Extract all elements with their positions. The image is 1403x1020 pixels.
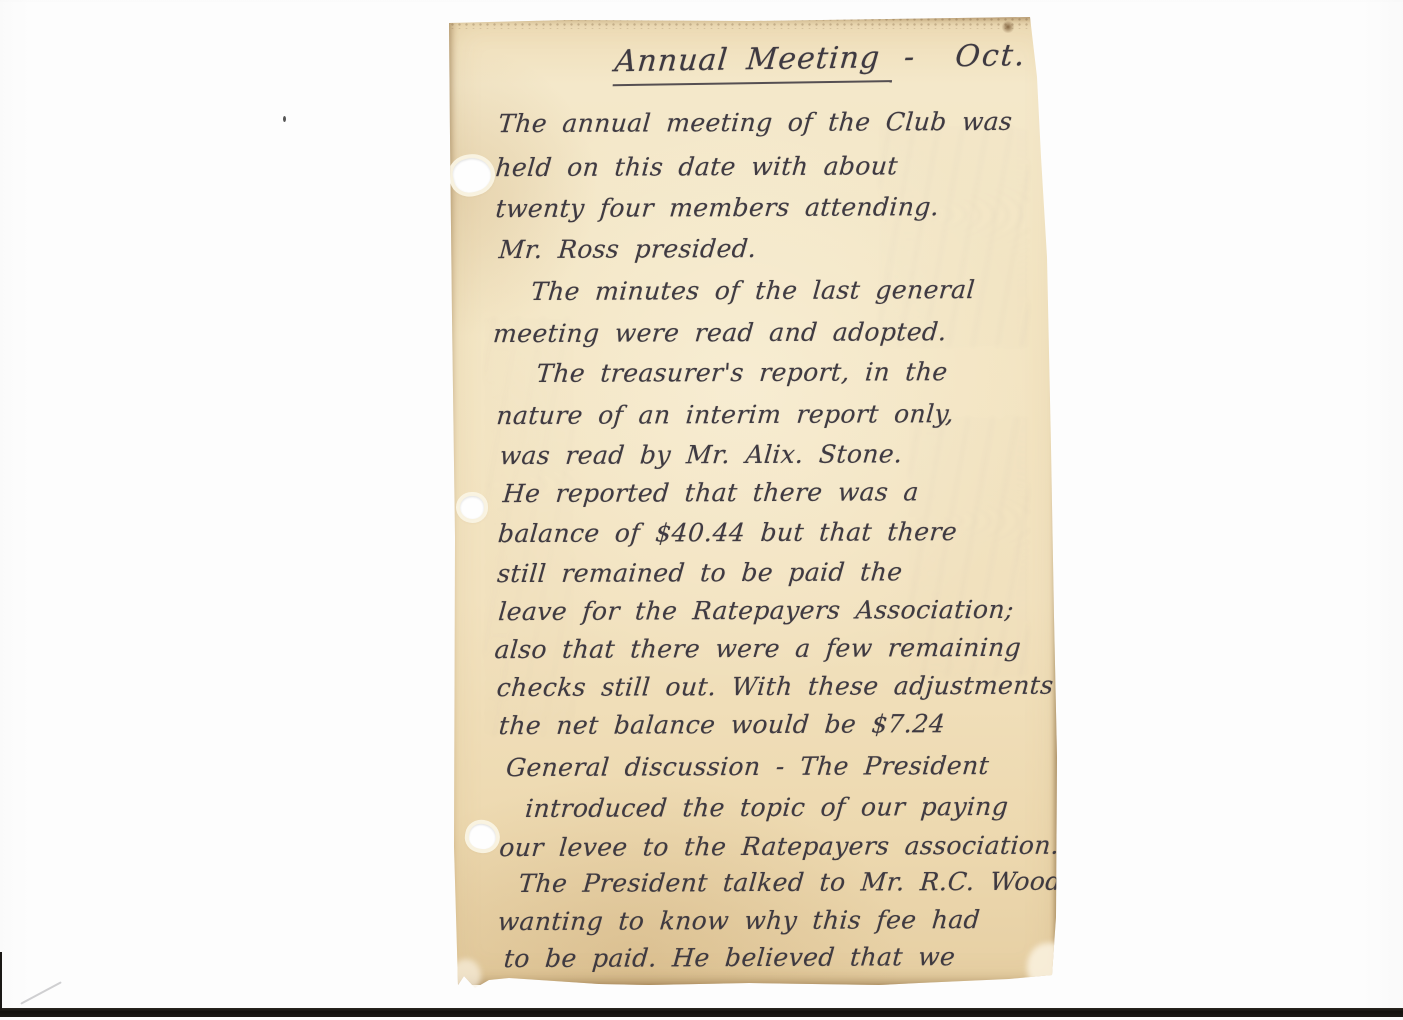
handwriting-line: The President talked to Mr. R.C. Wood, xyxy=(517,867,1071,898)
handwriting-line: introduced the topic of our paying xyxy=(524,792,1009,823)
page-title-row: Annual Meeting-Oct. 1/40 xyxy=(613,37,1123,80)
page-date: Oct. 1/40 xyxy=(954,37,1123,74)
handwriting-line: He reported that there was a xyxy=(502,477,920,508)
handwriting-line: wanting to know why this fee had xyxy=(497,905,982,936)
handwriting-line: meeting were read and adopted. xyxy=(492,317,948,348)
scanner-edge-sliver xyxy=(0,952,2,1010)
handwriting-line: twenty four members attending. xyxy=(495,192,941,223)
handwriting-line: was read by Mr. Alix. Stone. xyxy=(499,439,904,470)
handwriting-line: still remained to be paid the xyxy=(496,557,904,588)
pencil-smudge xyxy=(20,981,62,1004)
handwriting-line: nature of an interim report only, xyxy=(495,399,955,430)
scanned-page: Annual Meeting-Oct. 1/40 The annual meet… xyxy=(449,17,1057,985)
handwriting-line: leave for the Ratepayers Association; xyxy=(497,595,1015,626)
handwriting-line: to be paid. He believed that we xyxy=(503,942,957,973)
handwriting-line: balance of $40.44 but that there xyxy=(497,517,958,548)
handwriting-line: our levee to the Ratepayers association. xyxy=(498,831,1060,862)
handwriting-line: held on this date with about xyxy=(494,151,899,182)
handwriting-line: also that there were a few remaining xyxy=(493,633,1022,664)
handwriting-line: General discussion - The President xyxy=(505,751,990,782)
dust-speck xyxy=(283,116,286,122)
handwriting-line: The minutes of the last general xyxy=(530,275,976,306)
page-title: Annual Meeting xyxy=(613,40,896,86)
handwriting-layer: Annual Meeting-Oct. 1/40 The annual meet… xyxy=(447,16,1059,987)
title-dash: - xyxy=(903,40,917,75)
handwriting-line: Mr. Ross presided. xyxy=(498,234,758,264)
handwriting-line: The treasurer's report, in the xyxy=(535,357,949,388)
handwriting-line: checks still out. With these adjustments xyxy=(496,671,1055,702)
handwriting-line: The annual meeting of the Club was xyxy=(497,107,1013,138)
scanner-edge-band xyxy=(0,1008,1403,1017)
handwriting-line: the net balance would be $7.24 xyxy=(498,709,947,740)
